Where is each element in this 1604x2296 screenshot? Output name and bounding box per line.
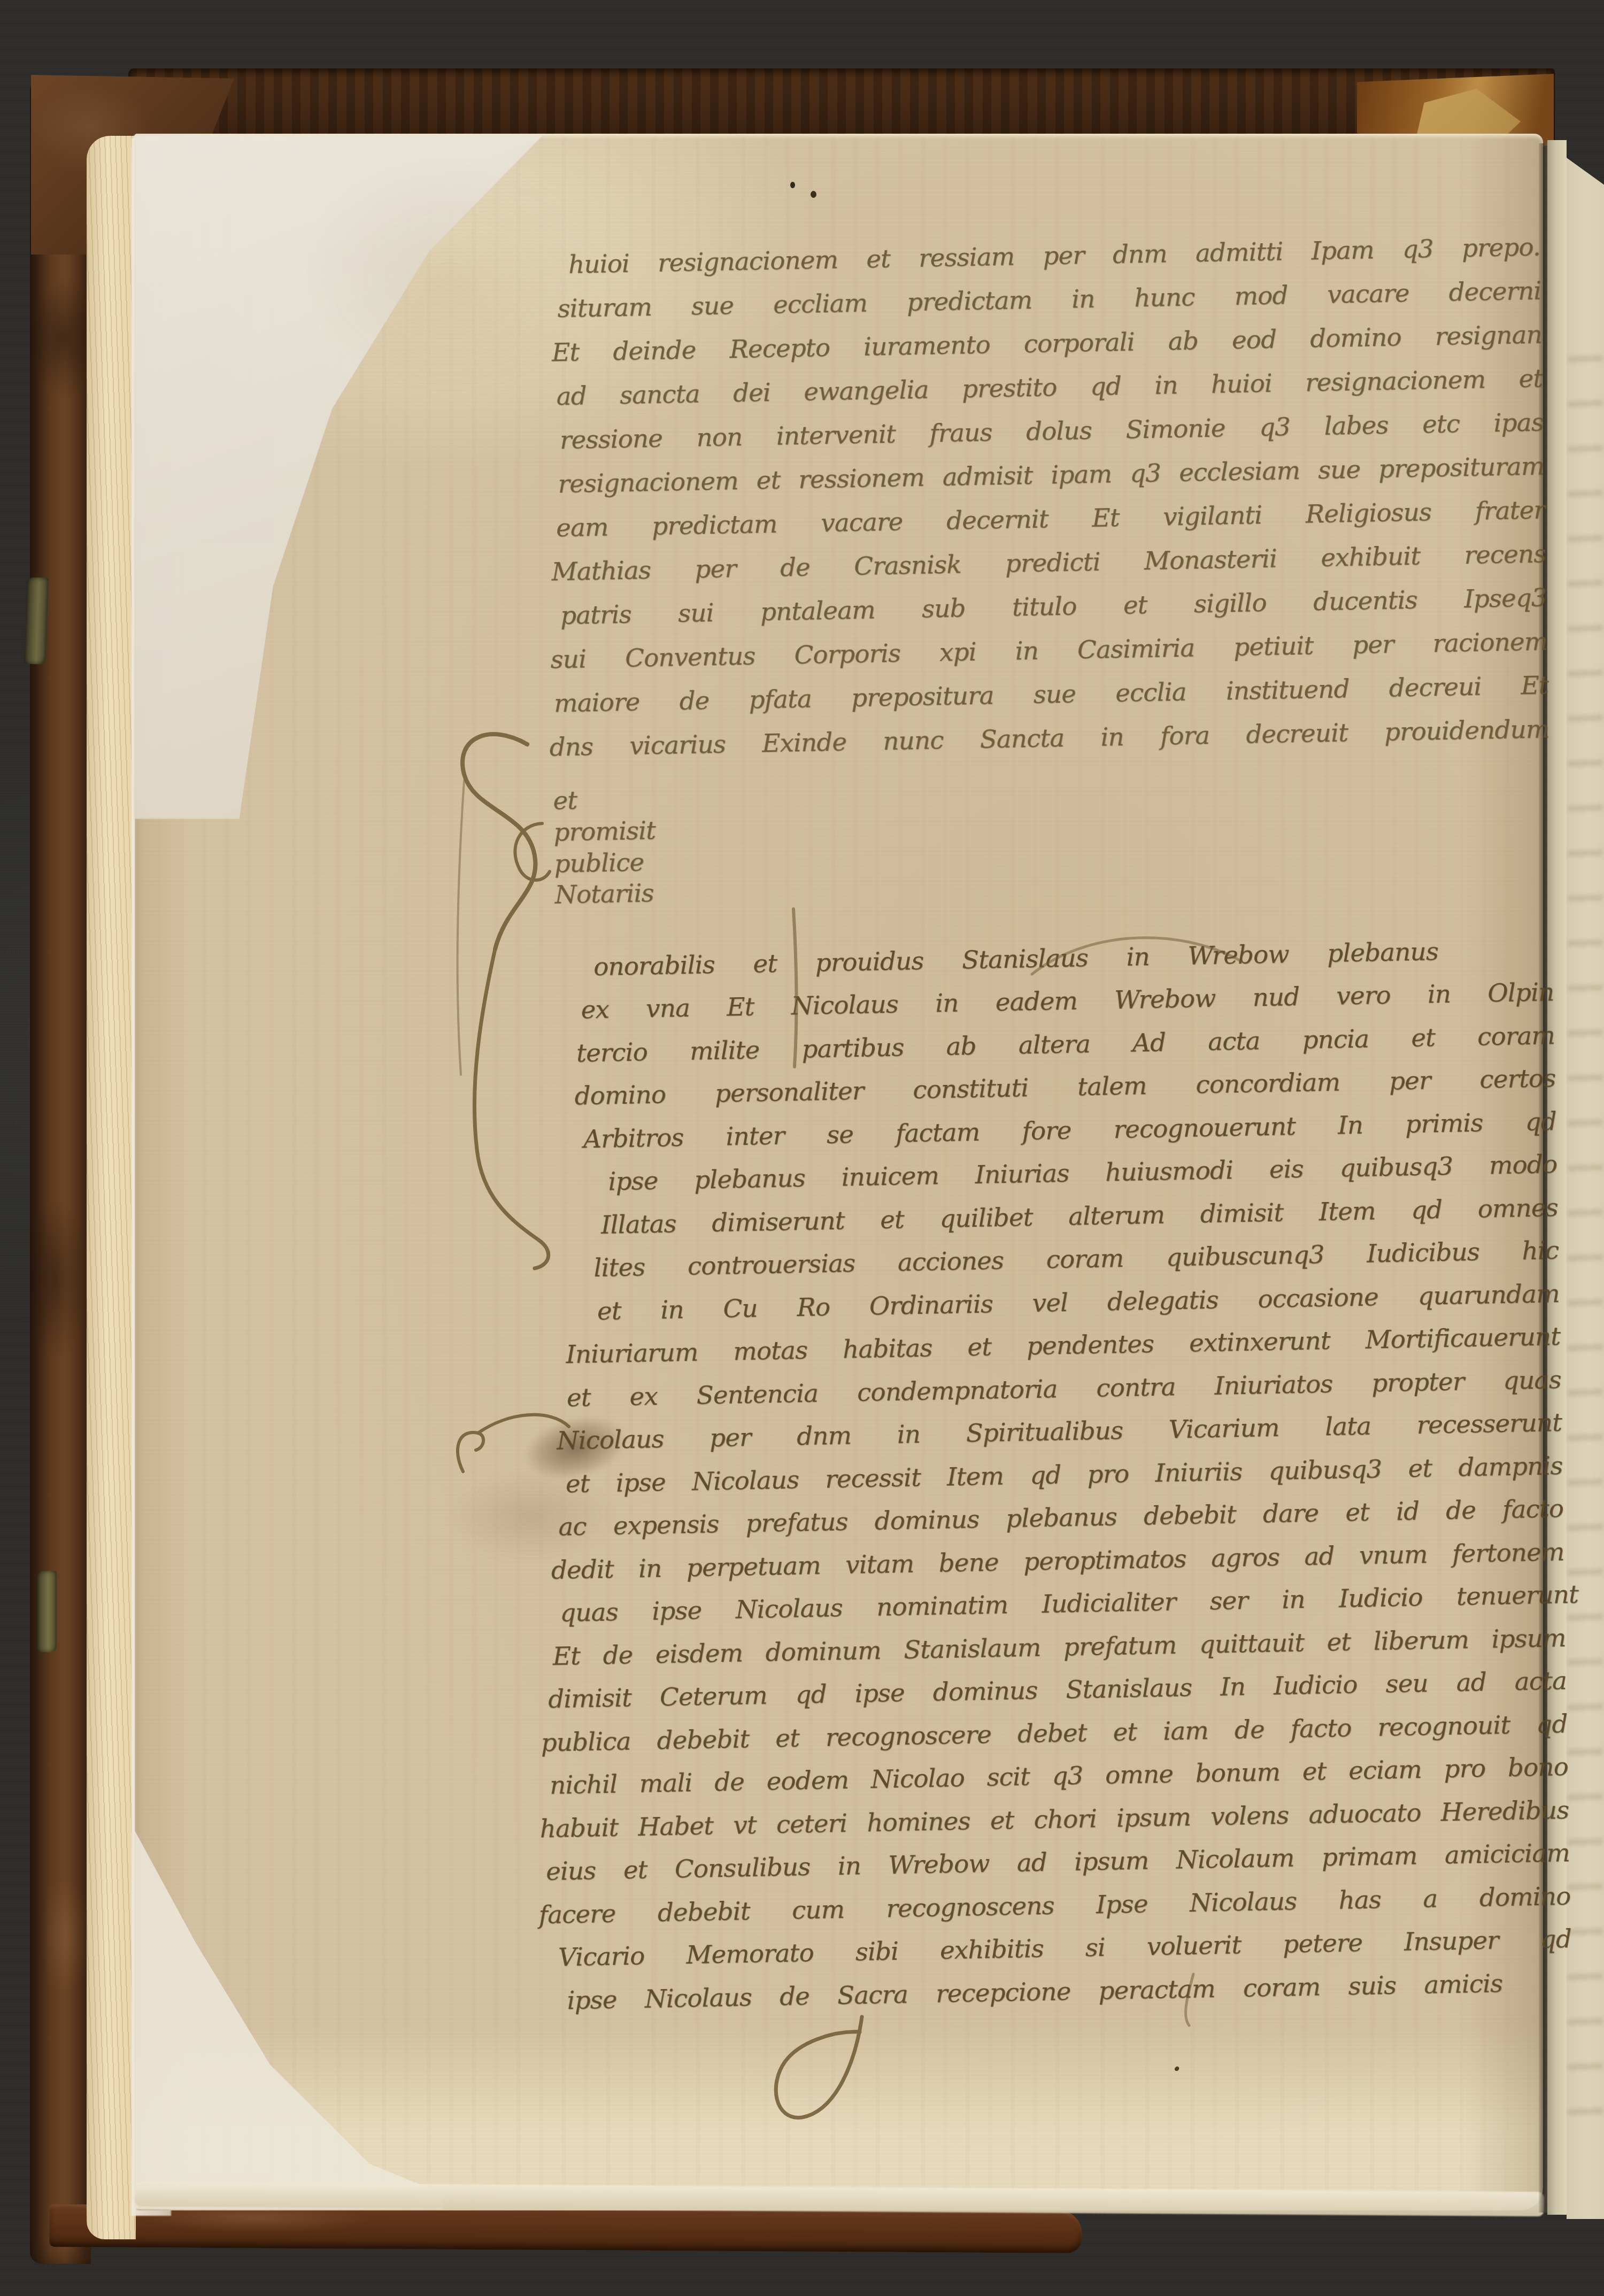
- initial-flourish: [462, 734, 535, 949]
- nicolaus-swash: [458, 1432, 483, 1471]
- initial-flourish-tail: [474, 949, 548, 1268]
- small-descender: [1186, 1974, 1193, 2025]
- swash-over-line: [1032, 938, 1241, 974]
- initial-flourish-inner: [457, 781, 464, 1075]
- nicolaus-swash-arc: [478, 1415, 569, 1433]
- long-s-descender: [793, 909, 797, 1067]
- descender-loop: [776, 2017, 862, 2117]
- manuscript-scan: huioi resignacionem et ressiam per dnm a…: [0, 0, 1604, 2296]
- pen-flourishes: [0, 0, 1604, 2296]
